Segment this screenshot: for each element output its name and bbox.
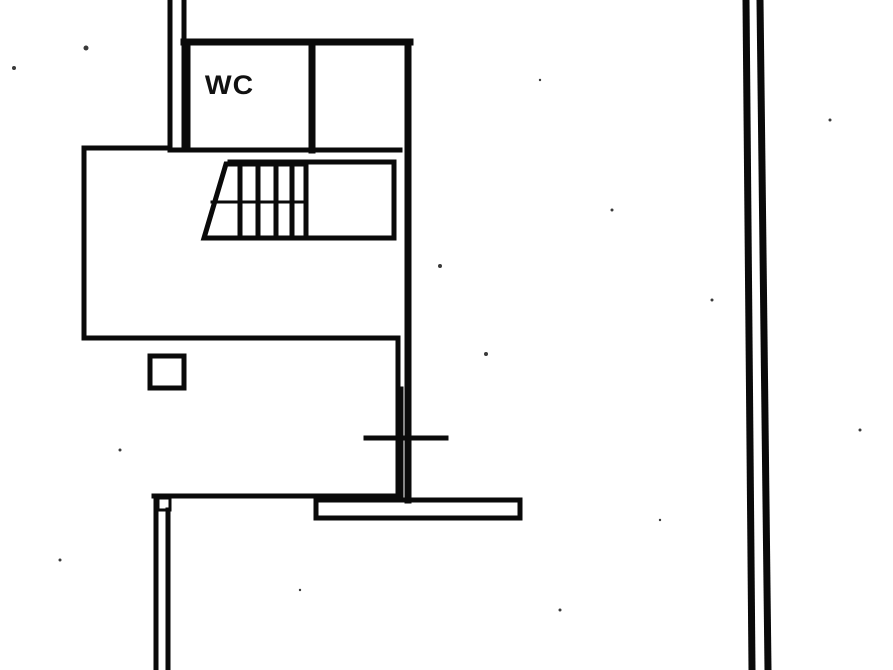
wc-label: WC (205, 70, 254, 101)
floor-plan (0, 0, 893, 670)
scan-noise (12, 46, 862, 612)
stair-landing (230, 162, 394, 238)
left-upper-wall (168, 0, 184, 150)
column (150, 356, 184, 388)
exterior-wall-right (746, 0, 768, 670)
lower-wall (154, 496, 520, 670)
staircase (204, 164, 306, 238)
